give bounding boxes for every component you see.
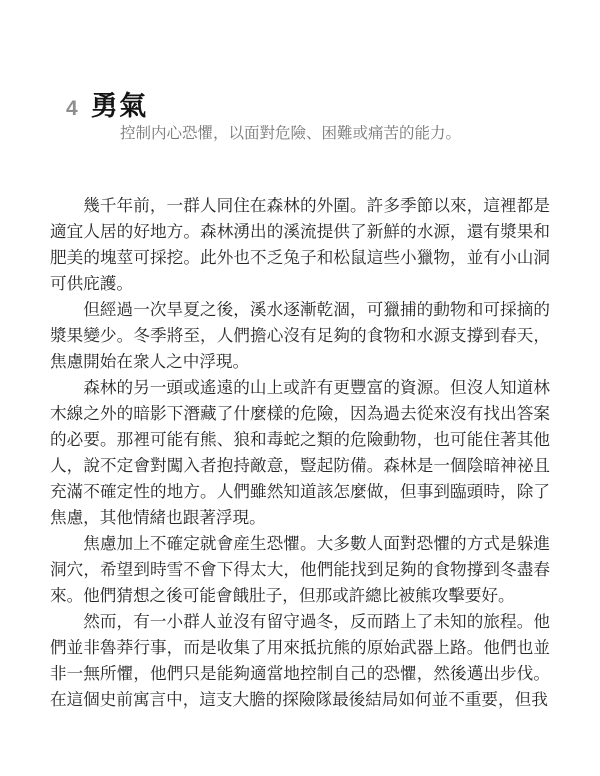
chapter-title: 勇氣 — [91, 84, 148, 123]
paragraph-3: 森林的另一頭或遙遠的山上或許有更豐富的資源。但沒人知道林木線之外的暗影下潛藏了什… — [50, 375, 550, 531]
paragraph-5: 然而，有一小群人並沒有留守過冬，反而踏上了未知的旅程。他們並非魯莽行事，而是收集… — [50, 609, 550, 713]
paragraph-4: 焦慮加上不確定就會産生恐懼。大多數人面對恐懼的方式是躲進洞穴，希望到時雪不會下得… — [50, 531, 550, 609]
paragraph-1: 幾千年前，一群人同住在森林的外圍。許多季節以來，這裡都是適宜人居的好地方。森林湧… — [50, 193, 550, 297]
chapter-number: 4 — [66, 97, 78, 121]
chapter-header: 4 勇氣 — [66, 84, 148, 123]
chapter-subtitle: 控制内心恐懼，以面對危險、困難或痛苦的能力。 — [120, 123, 461, 145]
book-page: 4 勇氣 控制内心恐懼，以面對危險、困難或痛苦的能力。 幾千年前，一群人同住在森… — [0, 0, 600, 776]
body-text: 幾千年前，一群人同住在森林的外圍。許多季節以來，這裡都是適宜人居的好地方。森林湧… — [50, 193, 550, 713]
paragraph-2: 但經過一次旱夏之後，溪水逐漸乾涸，可獵捕的動物和可採摘的漿果變少。冬季將至，人們… — [50, 297, 550, 375]
